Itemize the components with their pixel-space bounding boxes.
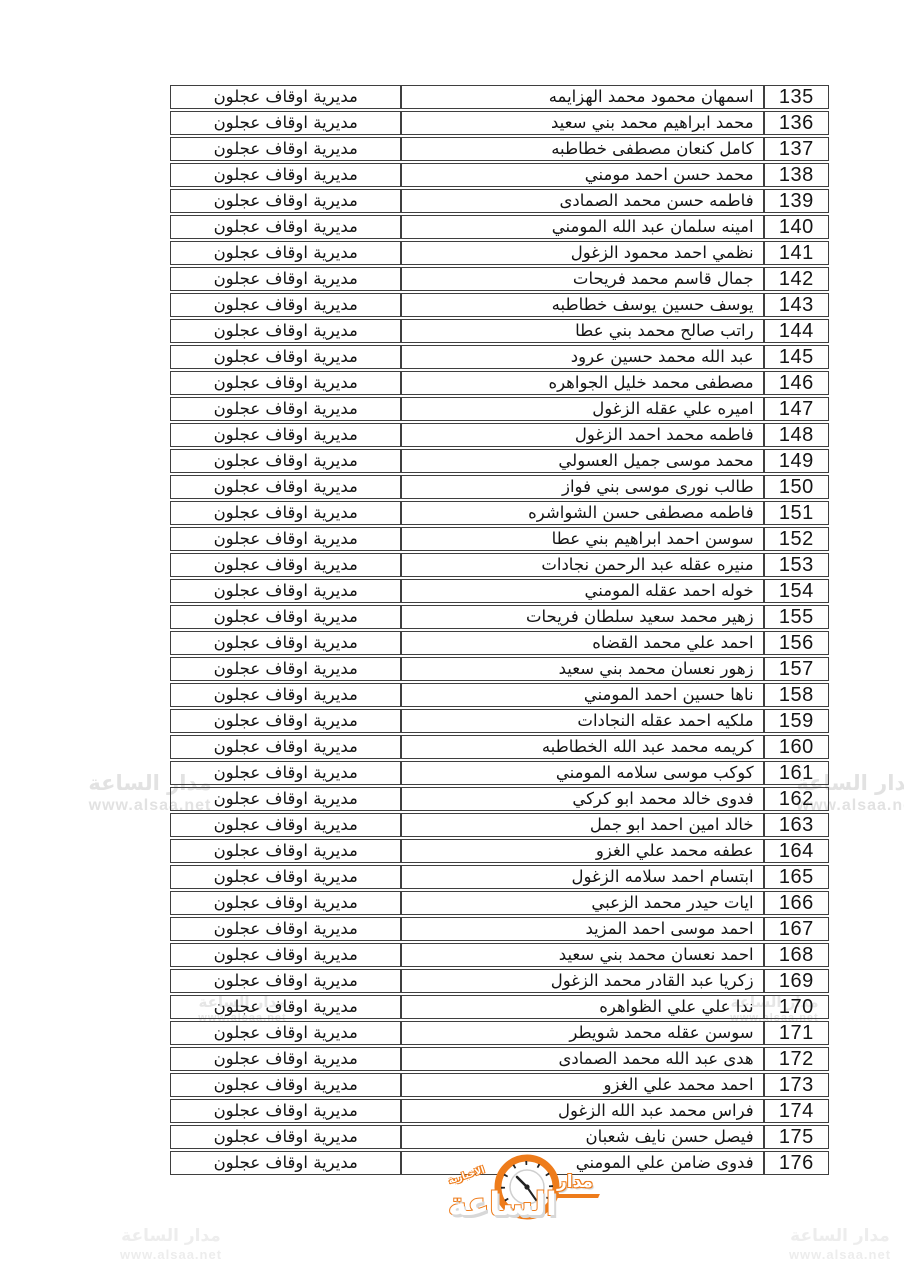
directorate-cell: مديرية اوقاف عجلون [170,189,401,213]
serial-number-cell: 154 [764,579,829,603]
serial-number-cell: 148 [764,423,829,447]
table-row: 173احمد محمد علي الغزومديرية اوقاف عجلون [170,1073,829,1097]
serial-number-cell: 155 [764,605,829,629]
person-name-cell: فاطمه محمد احمد الزغول [401,423,763,447]
table-row: 157زهور نعسان محمد بني سعيدمديرية اوقاف … [170,657,829,681]
scanned-document-page: مدار الساعة www.alsaa.net مدار الساعة ww… [0,0,904,1280]
table-body: 135اسمهان محمود محمد الهزايمهمديرية اوقا… [170,85,829,1175]
logo-underline-shape [556,1194,600,1198]
directorate-cell: مديرية اوقاف عجلون [170,111,401,135]
table-row: 159ملكيه احمد عقله النجاداتمديرية اوقاف … [170,709,829,733]
table-row: 148فاطمه محمد احمد الزغولمديرية اوقاف عج… [170,423,829,447]
serial-number-cell: 140 [764,215,829,239]
person-name-cell: فاطمه مصطفى حسن الشواشره [401,501,763,525]
person-name-cell: ايات حيدر محمد الزعبي [401,891,763,915]
table-row: 160كريمه محمد عبد الله الخطاطبهمديرية او… [170,735,829,759]
serial-number-cell: 135 [764,85,829,109]
person-name-cell: كوكب موسى سلامه المومني [401,761,763,785]
person-name-cell: ندا علي علي الظواهره [401,995,763,1019]
person-name-cell: احمد موسى احمد المزيد [401,917,763,941]
directorate-cell: مديرية اوقاف عجلون [170,371,401,395]
logo-word-alsaa: الساعة [448,1185,557,1223]
table-row: 149محمد موسى جميل العسوليمديرية اوقاف عج… [170,449,829,473]
table-row: 145عبد الله محمد حسين عرودمديرية اوقاف ع… [170,345,829,369]
serial-number-cell: 138 [764,163,829,187]
person-name-cell: يوسف حسين يوسف خطاطبه [401,293,763,317]
directorate-cell: مديرية اوقاف عجلون [170,813,401,837]
directorate-cell: مديرية اوقاف عجلون [170,1073,401,1097]
watermark-site-name: مدار الساعة [112,1226,230,1247]
serial-number-cell: 150 [764,475,829,499]
person-name-cell: زكريا عبد القادر محمد الزغول [401,969,763,993]
directorate-cell: مديرية اوقاف عجلون [170,397,401,421]
table-row: 147اميره علي عقله الزغولمديرية اوقاف عجل… [170,397,829,421]
table-row: 151فاطمه مصطفى حسن الشواشرهمديرية اوقاف … [170,501,829,525]
directorate-cell: مديرية اوقاف عجلون [170,241,401,265]
serial-number-cell: 136 [764,111,829,135]
serial-number-cell: 167 [764,917,829,941]
serial-number-cell: 166 [764,891,829,915]
serial-number-cell: 162 [764,787,829,811]
person-name-cell: عبد الله محمد حسين عرود [401,345,763,369]
person-name-cell: فراس محمد عبد الله الزغول [401,1099,763,1123]
directorate-cell: مديرية اوقاف عجلون [170,943,401,967]
table-row: 136محمد ابراهيم محمد بني سعيدمديرية اوقا… [170,111,829,135]
table-row: 142جمال قاسم محمد فريحاتمديرية اوقاف عجل… [170,267,829,291]
person-name-cell: زهير محمد سعيد سلطان فريحات [401,605,763,629]
person-name-cell: هدى عبد الله محمد الصمادى [401,1047,763,1071]
person-name-cell: كامل كنعان مصطفى خطاطبه [401,137,763,161]
serial-number-cell: 152 [764,527,829,551]
table-row: 143يوسف حسين يوسف خطاطبهمديرية اوقاف عجل… [170,293,829,317]
logo-badge-label: الاخبارية [447,1165,486,1186]
serial-number-cell: 169 [764,969,829,993]
table-row: 161كوكب موسى سلامه المومنيمديرية اوقاف ع… [170,761,829,785]
directorate-cell: مديرية اوقاف عجلون [170,319,401,343]
serial-number-cell: 156 [764,631,829,655]
serial-number-cell: 147 [764,397,829,421]
person-name-cell: منيره عقله عبد الرحمن نجادات [401,553,763,577]
directorate-cell: مديرية اوقاف عجلون [170,1151,401,1175]
table-row: 165ابتسام احمد سلامه الزغولمديرية اوقاف … [170,865,829,889]
serial-number-cell: 139 [764,189,829,213]
table-row: 167احمد موسى احمد المزيدمديرية اوقاف عجل… [170,917,829,941]
serial-number-cell: 158 [764,683,829,707]
table-row: 156احمد علي محمد القضاهمديرية اوقاف عجلو… [170,631,829,655]
roster-table-container: 135اسمهان محمود محمد الهزايمهمديرية اوقا… [170,83,830,1177]
directorate-cell: مديرية اوقاف عجلون [170,631,401,655]
serial-number-cell: 141 [764,241,829,265]
table-row: 154خوله احمد عقله المومنيمديرية اوقاف عج… [170,579,829,603]
directorate-cell: مديرية اوقاف عجلون [170,137,401,161]
directorate-cell: مديرية اوقاف عجلون [170,969,401,993]
serial-number-cell: 161 [764,761,829,785]
directorate-cell: مديرية اوقاف عجلون [170,345,401,369]
table-row: 146مصطفى محمد خليل الجواهرهمديرية اوقاف … [170,371,829,395]
directorate-cell: مديرية اوقاف عجلون [170,891,401,915]
serial-number-cell: 144 [764,319,829,343]
serial-number-cell: 165 [764,865,829,889]
person-name-cell: سوسن احمد ابراهيم بني عطا [401,527,763,551]
table-row: 169زكريا عبد القادر محمد الزغولمديرية او… [170,969,829,993]
person-name-cell: محمد موسى جميل العسولي [401,449,763,473]
serial-number-cell: 164 [764,839,829,863]
serial-number-cell: 137 [764,137,829,161]
directorate-cell: مديرية اوقاف عجلون [170,293,401,317]
table-row: 171سوسن عقله محمد شويطرمديرية اوقاف عجلو… [170,1021,829,1045]
table-row: 153منيره عقله عبد الرحمن نجاداتمديرية او… [170,553,829,577]
directorate-cell: مديرية اوقاف عجلون [170,605,401,629]
madar-alsaa-logo: مدار الاخبارية الساعة [440,1145,635,1235]
table-row: 164عطفه محمد علي الغزومديرية اوقاف عجلون [170,839,829,863]
serial-number-cell: 160 [764,735,829,759]
person-name-cell: سوسن عقله محمد شويطر [401,1021,763,1045]
directorate-cell: مديرية اوقاف عجلون [170,1047,401,1071]
directorate-cell: مديرية اوقاف عجلون [170,995,401,1019]
directorate-cell: مديرية اوقاف عجلون [170,215,401,239]
directorate-cell: مديرية اوقاف عجلون [170,917,401,941]
serial-number-cell: 176 [764,1151,829,1175]
directorate-cell: مديرية اوقاف عجلون [170,761,401,785]
person-name-cell: احمد علي محمد القضاه [401,631,763,655]
watermark: مدار الساعة www.alsaa.net [112,1226,230,1264]
serial-number-cell: 146 [764,371,829,395]
person-name-cell: احمد محمد علي الغزو [401,1073,763,1097]
table-row: 158ناها حسين احمد المومنيمديرية اوقاف عج… [170,683,829,707]
directorate-cell: مديرية اوقاف عجلون [170,1021,401,1045]
serial-number-cell: 172 [764,1047,829,1071]
directorate-cell: مديرية اوقاف عجلون [170,527,401,551]
directorate-cell: مديرية اوقاف عجلون [170,1099,401,1123]
serial-number-cell: 143 [764,293,829,317]
watermark-site-name: مدار الساعة [784,1226,896,1247]
serial-number-cell: 151 [764,501,829,525]
directorate-cell: مديرية اوقاف عجلون [170,163,401,187]
person-name-cell: ناها حسين احمد المومني [401,683,763,707]
table-row: 150طالب نورى موسى بني فوازمديرية اوقاف ع… [170,475,829,499]
person-name-cell: جمال قاسم محمد فريحات [401,267,763,291]
person-name-cell: امينه سلمان عبد الله المومني [401,215,763,239]
table-row: 139فاطمه حسن محمد الصمادىمديرية اوقاف عج… [170,189,829,213]
directorate-cell: مديرية اوقاف عجلون [170,683,401,707]
person-name-cell: خالد امين احمد ابو جمل [401,813,763,837]
logo-word-madar: مدار [557,1172,593,1192]
directorate-cell: مديرية اوقاف عجلون [170,267,401,291]
directorate-cell: مديرية اوقاف عجلون [170,1125,401,1149]
table-row: 144راتب صالح محمد بني عطامديرية اوقاف عج… [170,319,829,343]
awqaf-names-table: 135اسمهان محمود محمد الهزايمهمديرية اوقا… [170,83,829,1177]
table-row: 166ايات حيدر محمد الزعبيمديرية اوقاف عجل… [170,891,829,915]
directorate-cell: مديرية اوقاف عجلون [170,423,401,447]
serial-number-cell: 173 [764,1073,829,1097]
table-row: 174فراس محمد عبد الله الزغولمديرية اوقاف… [170,1099,829,1123]
person-name-cell: راتب صالح محمد بني عطا [401,319,763,343]
serial-number-cell: 174 [764,1099,829,1123]
person-name-cell: ابتسام احمد سلامه الزغول [401,865,763,889]
person-name-cell: مصطفى محمد خليل الجواهره [401,371,763,395]
table-row: 170ندا علي علي الظواهرهمديرية اوقاف عجلو… [170,995,829,1019]
table-row: 168احمد نعسان محمد بني سعيدمديرية اوقاف … [170,943,829,967]
directorate-cell: مديرية اوقاف عجلون [170,839,401,863]
serial-number-cell: 157 [764,657,829,681]
serial-number-cell: 145 [764,345,829,369]
watermark: مدار الساعة www.alsaa.net [784,1226,896,1264]
person-name-cell: اسمهان محمود محمد الهزايمه [401,85,763,109]
table-row: 152سوسن احمد ابراهيم بني عطامديرية اوقاف… [170,527,829,551]
person-name-cell: كريمه محمد عبد الله الخطاطبه [401,735,763,759]
directorate-cell: مديرية اوقاف عجلون [170,501,401,525]
table-row: 163خالد امين احمد ابو جملمديرية اوقاف عج… [170,813,829,837]
directorate-cell: مديرية اوقاف عجلون [170,553,401,577]
directorate-cell: مديرية اوقاف عجلون [170,865,401,889]
directorate-cell: مديرية اوقاف عجلون [170,787,401,811]
directorate-cell: مديرية اوقاف عجلون [170,735,401,759]
serial-number-cell: 170 [764,995,829,1019]
directorate-cell: مديرية اوقاف عجلون [170,449,401,473]
person-name-cell: اميره علي عقله الزغول [401,397,763,421]
directorate-cell: مديرية اوقاف عجلون [170,579,401,603]
person-name-cell: عطفه محمد علي الغزو [401,839,763,863]
serial-number-cell: 171 [764,1021,829,1045]
directorate-cell: مديرية اوقاف عجلون [170,475,401,499]
serial-number-cell: 168 [764,943,829,967]
table-row: 155زهير محمد سعيد سلطان فريحاتمديرية اوق… [170,605,829,629]
person-name-cell: زهور نعسان محمد بني سعيد [401,657,763,681]
person-name-cell: احمد نعسان محمد بني سعيد [401,943,763,967]
directorate-cell: مديرية اوقاف عجلون [170,657,401,681]
person-name-cell: محمد ابراهيم محمد بني سعيد [401,111,763,135]
table-row: 138محمد حسن احمد مومنيمديرية اوقاف عجلون [170,163,829,187]
person-name-cell: طالب نورى موسى بني فواز [401,475,763,499]
serial-number-cell: 149 [764,449,829,473]
person-name-cell: فاطمه حسن محمد الصمادى [401,189,763,213]
serial-number-cell: 153 [764,553,829,577]
directorate-cell: مديرية اوقاف عجلون [170,85,401,109]
table-row: 137كامل كنعان مصطفى خطاطبهمديرية اوقاف ع… [170,137,829,161]
serial-number-cell: 159 [764,709,829,733]
person-name-cell: محمد حسن احمد مومني [401,163,763,187]
person-name-cell: فدوى خالد محمد ابو كركي [401,787,763,811]
directorate-cell: مديرية اوقاف عجلون [170,709,401,733]
person-name-cell: خوله احمد عقله المومني [401,579,763,603]
table-row: 135اسمهان محمود محمد الهزايمهمديرية اوقا… [170,85,829,109]
person-name-cell: نظمي احمد محمود الزغول [401,241,763,265]
person-name-cell: ملكيه احمد عقله النجادات [401,709,763,733]
serial-number-cell: 142 [764,267,829,291]
table-row: 172هدى عبد الله محمد الصمادىمديرية اوقاف… [170,1047,829,1071]
table-row: 162فدوى خالد محمد ابو كركيمديرية اوقاف ع… [170,787,829,811]
serial-number-cell: 175 [764,1125,829,1149]
watermark-site-url: www.alsaa.net [784,1247,896,1263]
table-row: 141نظمي احمد محمود الزغولمديرية اوقاف عج… [170,241,829,265]
watermark-site-url: www.alsaa.net [112,1247,230,1263]
table-row: 140امينه سلمان عبد الله المومنيمديرية او… [170,215,829,239]
serial-number-cell: 163 [764,813,829,837]
